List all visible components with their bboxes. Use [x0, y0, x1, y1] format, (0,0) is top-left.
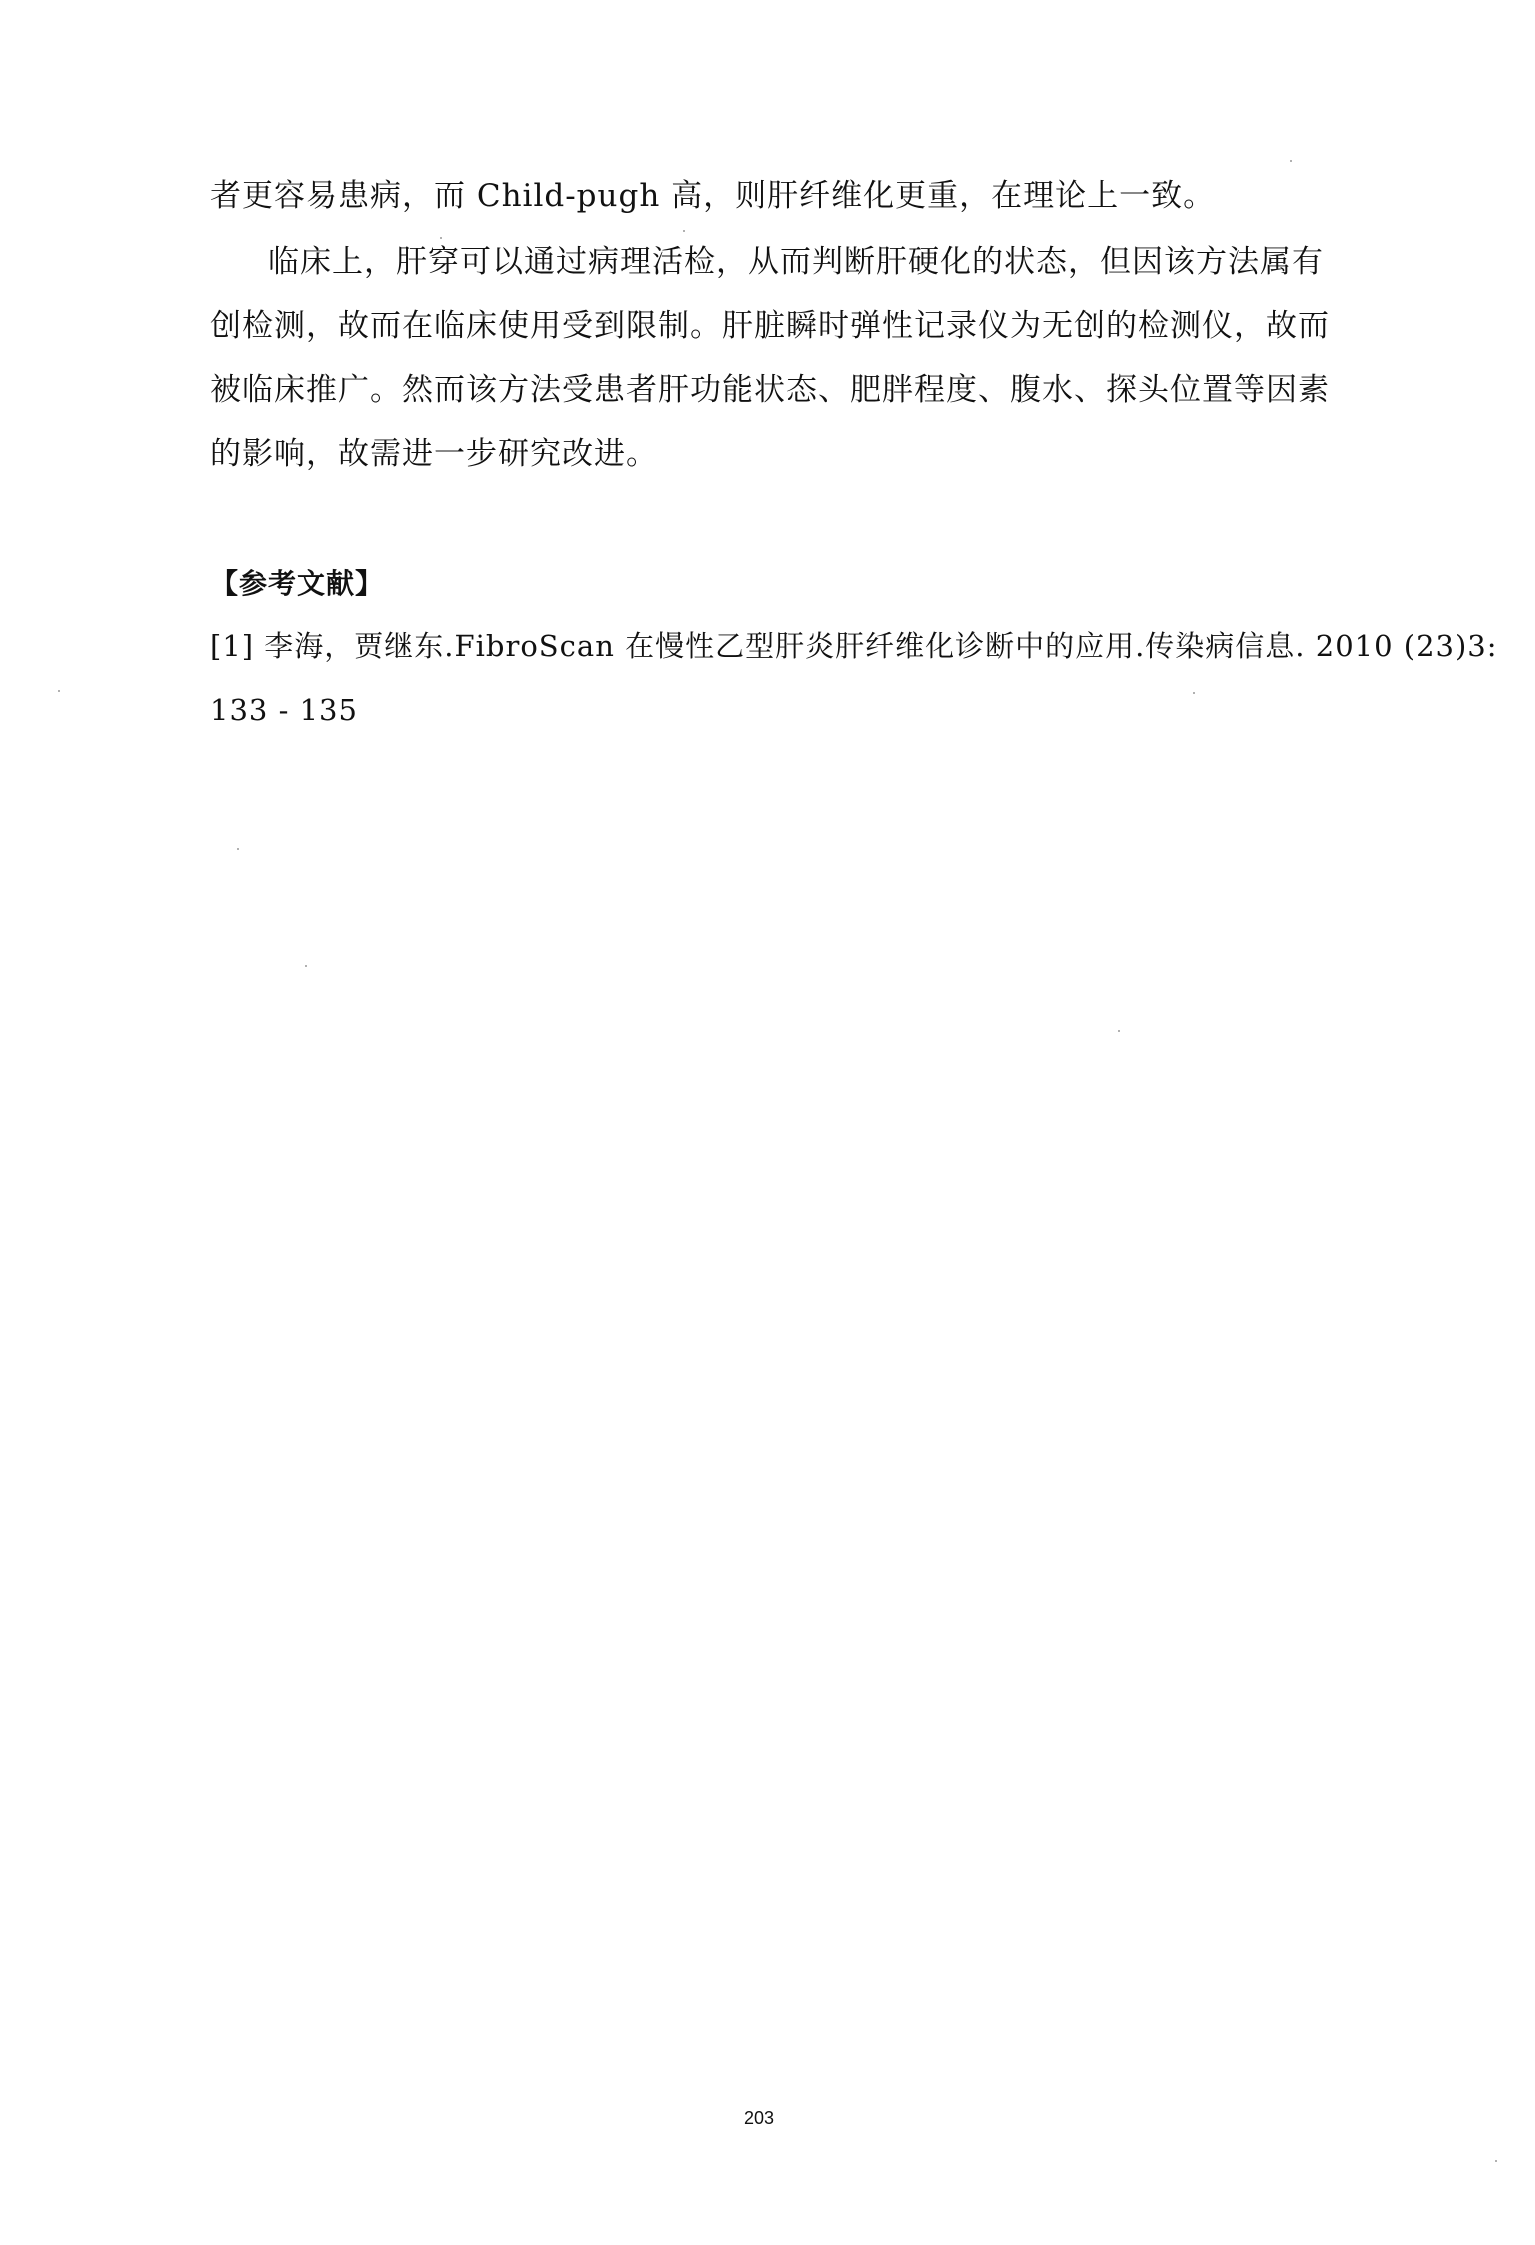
scan-speck — [58, 690, 60, 692]
body-text-line: 创检测，故而在临床使用受到限制。肝脏瞬时弹性记录仪为无创的检测仪，故而 — [210, 306, 1330, 346]
scan-speck — [1290, 160, 1292, 162]
scan-speck — [1118, 1030, 1120, 1032]
body-text-line: 的影响，故需进一步研究改进。 — [210, 434, 658, 474]
reference-entry-line: [1] 李海，贾继东.FibroScan 在慢性乙型肝炎肝纤维化诊断中的应用.传… — [210, 626, 1498, 666]
body-text-line: 被临床推广。然而该方法受患者肝功能状态、肥胖程度、腹水、探头位置等因素 — [210, 370, 1330, 410]
scan-speck — [440, 237, 442, 239]
scan-speck — [305, 965, 307, 967]
body-text-line: 临床上，肝穿可以通过病理活检，从而判断肝硬化的状态，但因该方法属有 — [268, 242, 1324, 282]
document-page: 者更容易患病，而 Child-pugh 高，则肝纤维化更重，在理论上一致。 临床… — [0, 0, 1535, 2245]
scan-speck — [1495, 2160, 1497, 2162]
body-text-line: 者更容易患病，而 Child-pugh 高，则肝纤维化更重，在理论上一致。 — [210, 176, 1215, 216]
page-number: 203 — [744, 2108, 774, 2129]
references-heading: 【参考文献】 — [210, 564, 384, 604]
scan-speck — [1193, 692, 1195, 694]
scan-speck — [237, 848, 239, 850]
scan-speck — [683, 230, 685, 232]
reference-entry-line: 133 - 135 — [210, 690, 358, 730]
